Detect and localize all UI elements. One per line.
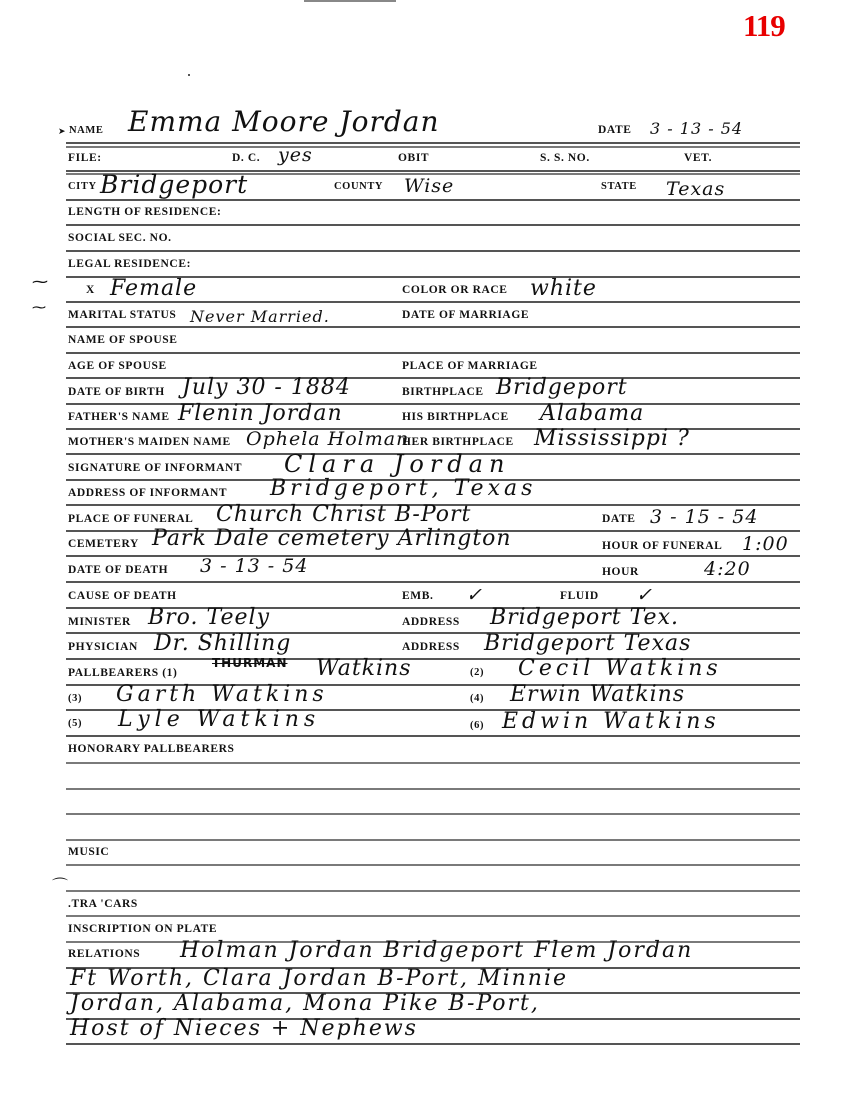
label-minister: MINISTER [68,616,131,628]
value-pallbearer-1-first: THURMAN [212,656,287,670]
label-place-of-marriage: PLACE OF MARRIAGE [402,360,538,372]
label-date-of-birth: DATE OF BIRTH [68,386,165,398]
label-extra-cars: .TRA 'CARS [68,898,138,910]
value-city: Bridgeport [100,170,248,199]
scribble-mark-icon: ⌒ [52,873,68,896]
label-hour-of-funeral: HOUR OF FUNERAL [602,540,722,552]
value-date: 3 - 13 - 54 [650,119,743,138]
value-mothers-maiden-name: Ophela Holman [246,428,409,450]
value-hour: 4:20 [704,558,751,580]
value-pallbearer-6: Edwin Watkins [502,709,720,734]
value-relations-line-1: Holman Jordan Bridgeport Flem Jordan [180,938,693,963]
value-pallbearer-5: Lyle Watkins [118,707,320,732]
label-ss-no: S. S. NO. [540,152,590,164]
value-name: Emma Moore Jordan [128,105,440,138]
value-funeral-date: 3 - 15 - 54 [650,506,758,528]
scan-top-edge [304,0,396,2]
value-county: Wise [404,175,454,197]
label-state: STATE [601,181,637,192]
value-dc: yes [278,144,313,166]
value-minister: Bro. Teely [148,605,270,630]
label-pallbearer-2: (2) [470,667,484,678]
label-color-or-race: COLOR OR RACE [402,284,508,296]
value-fathers-name: Flenin Jordan [178,401,343,426]
value-date-of-death: 3 - 13 - 54 [200,555,308,577]
scribble-mark-icon: ⁓ [32,300,46,316]
label-city: CITY [68,181,97,192]
value-relations-line-3: Jordan, Alabama, Mona Pike B-Port, [70,991,540,1016]
value-hour-of-funeral: 1:00 [742,533,789,555]
value-cemetery: Park Dale cemetery Arlington [152,526,512,551]
arrow-mark-icon: ➤ [58,127,66,137]
label-fathers-name: FATHER'S NAME [68,411,170,423]
value-signature-of-informant: Clara Jordan [284,450,510,478]
label-birthplace: BIRTHPLACE [402,386,484,398]
label-funeral-date: DATE [602,513,636,525]
label-dc: D. C. [232,152,260,164]
value-emb-mark: ✓ [466,584,483,606]
label-music: MUSIC [68,846,109,858]
label-honorary-pallbearers: HONORARY PALLBEARERS [68,743,235,755]
label-legal-residence: LEGAL RESIDENCE: [68,258,191,270]
label-emb: EMB. [402,590,433,602]
value-pallbearer-4: Erwin Watkins [510,682,685,707]
label-inscription-on-plate: INSCRIPTION ON PLATE [68,923,217,935]
label-mothers-maiden-name: MOTHER'S MAIDEN NAME [68,436,231,448]
value-his-birthplace: Alabama [540,401,644,426]
label-obit: OBIT [398,152,429,164]
value-physician: Dr. Shilling [154,631,291,656]
label-cemetery: CEMETERY [68,538,139,550]
label-length-of-residence: LENGTH OF RESIDENCE: [68,206,221,218]
label-physician: PHYSICIAN [68,641,138,653]
label-file: FILE: [68,152,102,164]
value-pallbearer-3: Garth Watkins [116,682,328,707]
label-pallbearer-3: (3) [68,693,82,704]
label-age-of-spouse: AGE OF SPOUSE [68,360,167,372]
label-date-of-marriage: DATE OF MARRIAGE [402,309,529,321]
label-date-of-death: DATE OF DEATH [68,564,168,576]
label-cause-of-death: CAUSE OF DEATH [68,590,177,602]
label-sex: X [86,284,95,296]
value-marital-status: Never Married. [190,307,330,326]
label-physician-address: ADDRESS [402,641,460,653]
label-marital-status: MARITAL STATUS [68,309,176,321]
value-pallbearer-2: Cecil Watkins [518,656,722,681]
label-his-birthplace: HIS BIRTHPLACE [402,411,509,423]
value-pallbearer-1-last: Watkins [316,656,411,681]
label-fluid: FLUID [560,590,599,602]
value-physician-address: Bridgeport Texas [484,631,691,656]
label-her-birthplace: HER BIRTHPLACE [402,436,514,448]
scribble-mark-icon: ⁓ [32,272,48,291]
value-birthplace: Bridgeport [496,375,628,400]
value-state: Texas [666,178,725,200]
label-county: COUNTY [334,181,383,192]
value-sex: Female [110,276,197,301]
label-signature-of-informant: SIGNATURE OF INFORMANT [68,462,242,474]
label-pallbearers: PALLBEARERS (1) [68,667,177,679]
label-date: DATE [598,124,632,136]
label-social-sec-no: SOCIAL SEC. NO. [68,232,172,244]
label-place-of-funeral: PLACE OF FUNERAL [68,513,193,525]
label-pallbearer-4: (4) [470,693,484,704]
label-pallbearer-5: (5) [68,718,82,729]
label-pallbearer-6: (6) [470,720,484,731]
value-relations-line-2: Ft Worth, Clara Jordan B-Port, Minnie [70,966,568,991]
label-name-of-spouse: NAME OF SPOUSE [68,334,178,346]
label-relations: RELATIONS [68,948,140,960]
page-number: 119 [743,8,785,44]
label-address-of-informant: ADDRESS OF INFORMANT [68,487,227,499]
value-relations-line-4: Host of Nieces + Nephews [70,1016,418,1041]
value-place-of-funeral: Church Christ B-Port [216,502,471,527]
value-fluid-mark: ✓ [636,584,653,606]
value-date-of-birth: July 30 - 1884 [182,375,351,400]
label-minister-address: ADDRESS [402,616,460,628]
value-color-or-race: white [530,276,597,301]
value-minister-address: Bridgeport Tex. [490,605,679,630]
scan-speck [188,74,190,76]
label-hour: HOUR [602,566,639,578]
value-address-of-informant: Bridgeport, Texas [270,476,536,501]
label-vet: VET. [684,152,712,164]
value-her-birthplace: Mississippi ? [534,426,690,451]
label-name: NAME [69,125,103,136]
